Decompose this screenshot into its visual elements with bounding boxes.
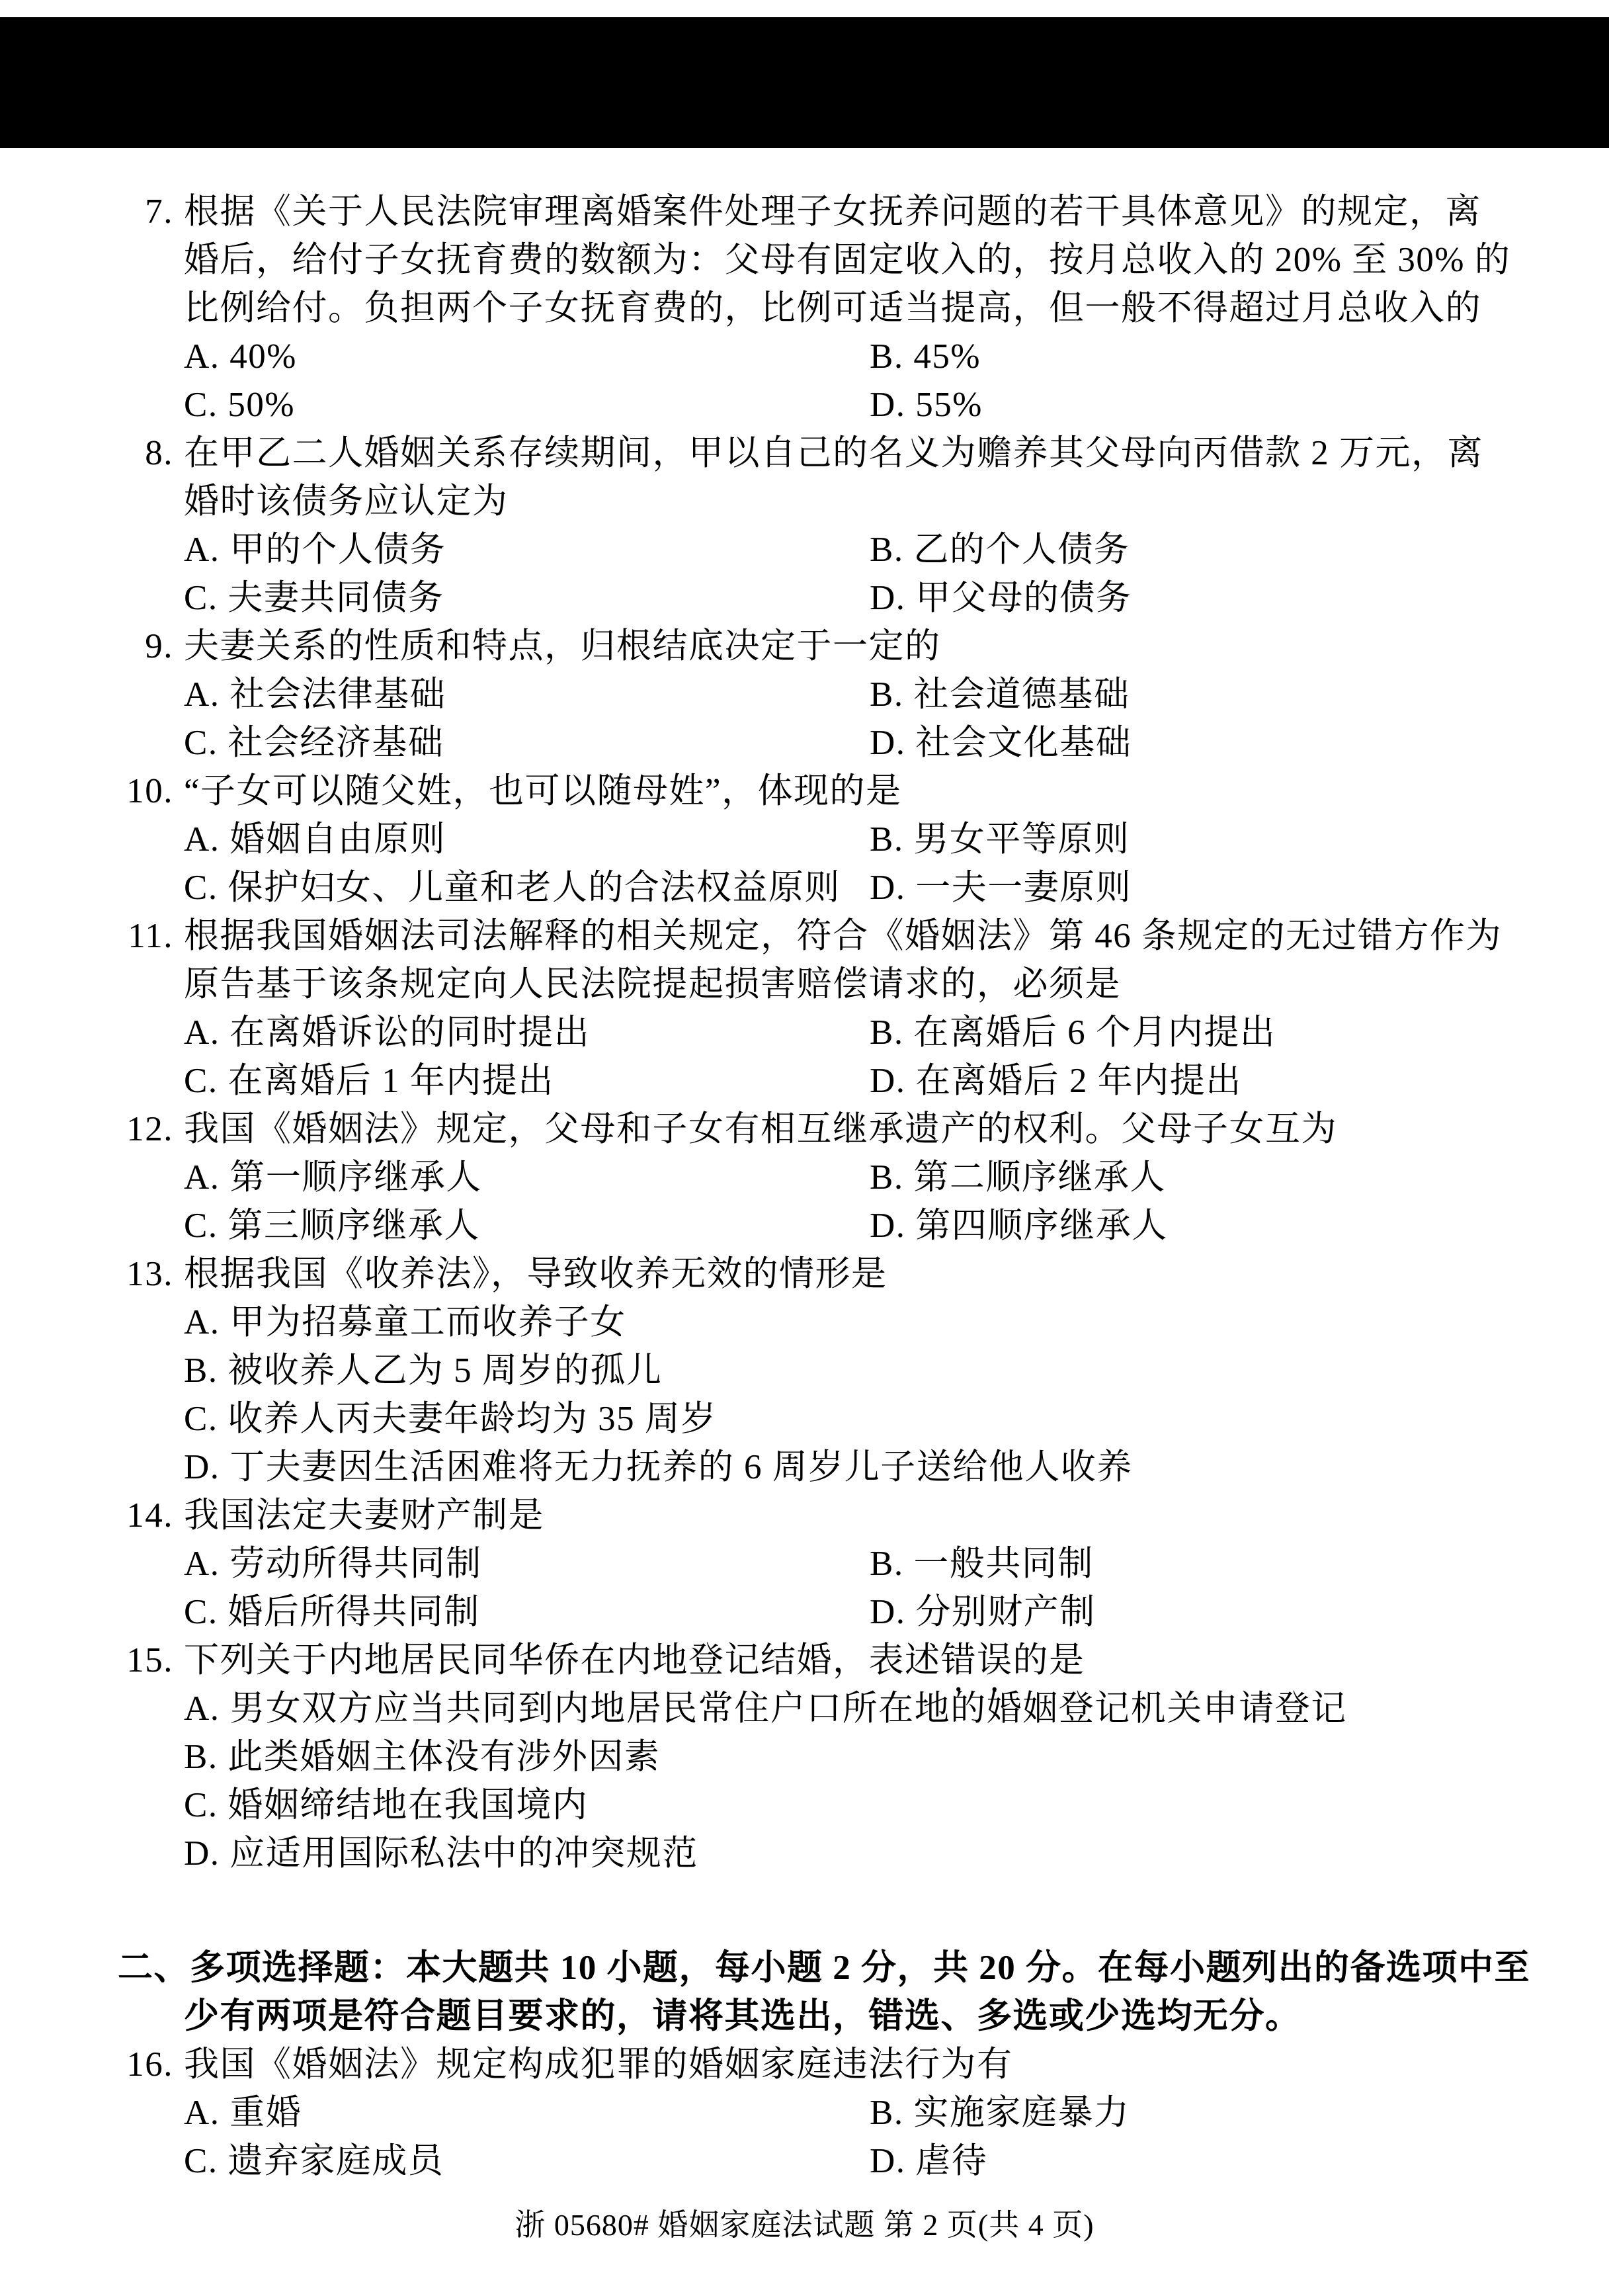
text-row: 7.根据《关于人民法院审理离婚案件处理子女抚养问题的若干具体意见》的规定，离 [0,188,1609,236]
option-a: A. 社会法律基础 [184,671,446,719]
option-c: C. 遗弃家庭成员 [184,2137,444,2186]
question-stem-line: 比例给付。负担两个子女抚育费的，比例可适当提高，但一般不得超过月总收入的 [184,284,1481,333]
section-header-line: 二、多项选择题：本大题共 10 小题，每小题 2 分，共 20 分。在每小题列出… [118,1944,1530,1992]
option-a: A. 在离婚诉讼的同时提出 [184,1009,590,1057]
question-number: 12. [99,1105,173,1154]
stem-text-part: 下列关于内地居民同华侨在内地登记结婚，表述 [184,1641,941,1679]
option-b: B. 在离婚后 6 个月内提出 [870,1009,1276,1057]
text-row: A. 劳动所得共同制B. 一般共同制 [0,1540,1609,1588]
section-header-line: 少有两项是符合题目要求的，请将其选出，错选、多选或少选均无分。 [184,1992,1301,2041]
option-b: B. 社会道德基础 [870,671,1130,719]
option-d: D. 虐待 [870,2137,987,2186]
question-number: 11. [99,912,173,960]
option-b: B. 45% [870,333,981,381]
question-stem-line: 婚时该债务应认定为 [184,478,509,526]
option-b: B. 乙的个人债务 [870,526,1130,574]
question-number: 10. [99,767,173,816]
text-row: 14.我国法定夫妻财产制是 [0,1492,1609,1540]
text-row: A. 第一顺序继承人B. 第二顺序继承人 [0,1154,1609,1202]
text-row: B. 此类婚姻主体没有涉外因素 [0,1733,1609,1781]
text-row: A. 在离婚诉讼的同时提出B. 在离婚后 6 个月内提出 [0,1009,1609,1057]
option-d: D. 应适用国际私法中的冲突规范 [184,1830,698,1878]
option-a: A. 重婚 [184,2089,302,2137]
page-footer: 浙 05680# 婚姻家庭法试题 第 2 页(共 4 页) [0,2201,1609,2249]
top-black-banner [0,17,1609,148]
text-row: C. 在离婚后 1 年内提出D. 在离婚后 2 年内提出 [0,1057,1609,1105]
question-stem-line: 原告基于该条规定向人民法院提起损害赔偿请求的，必须是 [184,960,1121,1009]
option-c: C. 婚姻缔结地在我国境内 [184,1781,588,1830]
text-row: C. 50%D. 55% [0,381,1609,429]
option-b: B. 男女平等原则 [870,816,1130,864]
option-d: D. 在离婚后 2 年内提出 [870,1057,1242,1105]
text-row: 11.根据我国婚姻法司法解释的相关规定，符合《婚姻法》第 46 条规定的无过错方… [0,912,1609,960]
question-stem-line: 根据我国婚姻法司法解释的相关规定，符合《婚姻法》第 46 条规定的无过错方作为 [184,912,1502,960]
option-b: B. 实施家庭暴力 [870,2089,1130,2137]
text-row: 8.在甲乙二人婚姻关系存续期间，甲以自己的名义为赡养其父母向丙借款 2 万元，离 [0,429,1609,478]
text-row: 婚时该债务应认定为 [0,478,1609,526]
text-row: 原告基于该条规定向人民法院提起损害赔偿请求的，必须是 [0,960,1609,1009]
text-row: A. 婚姻自由原则B. 男女平等原则 [0,816,1609,864]
text-row: C. 婚后所得共同制D. 分别财产制 [0,1588,1609,1637]
question-stem-line: 我国《婚姻法》规定，父母和子女有相互继承遗产的权利。父母子女互为 [184,1105,1337,1154]
option-d: D. 丁夫妻因生活困难将无力抚养的 6 周岁儿子送给他人收养 [184,1443,1133,1492]
option-b: B. 一般共同制 [870,1540,1094,1588]
text-row: 12.我国《婚姻法》规定，父母和子女有相互继承遗产的权利。父母子女互为 [0,1105,1609,1154]
option-a: A. 男女双方应当共同到内地居民常住户口所在地的婚姻登记机关申请登记 [184,1685,1347,1733]
option-d: D. 55% [870,381,983,429]
text-row: C. 社会经济基础D. 社会文化基础 [0,719,1609,767]
text-row: 婚后，给付子女抚育费的数额为：父母有固定收入的，按月总收入的 20% 至 30%… [0,236,1609,284]
text-row: A. 重婚B. 实施家庭暴力 [0,2089,1609,2137]
stem-text-part: 的是 [1013,1641,1085,1679]
text-row: A. 社会法律基础B. 社会道德基础 [0,671,1609,719]
option-c: C. 收养人丙夫妻年龄均为 35 周岁 [184,1395,717,1443]
option-c: C. 在离婚后 1 年内提出 [184,1057,554,1105]
question-stem-line: 婚后，给付子女抚育费的数额为：父母有固定收入的，按月总收入的 20% 至 30%… [184,236,1510,284]
option-a: A. 婚姻自由原则 [184,816,446,864]
text-row: A. 40%B. 45% [0,333,1609,381]
question-number: 15. [99,1637,173,1685]
text-row: 16.我国《婚姻法》规定构成犯罪的婚姻家庭违法行为有 [0,2041,1609,2089]
text-row: C. 婚姻缔结地在我国境内 [0,1781,1609,1830]
question-stem-line: 根据我国《收养法》，导致收养无效的情形是 [184,1250,887,1298]
text-row: C. 遗弃家庭成员D. 虐待 [0,2137,1609,2186]
option-b: B. 此类婚姻主体没有涉外因素 [184,1733,660,1781]
option-c: C. 夫妻共同债务 [184,574,444,622]
question-stem-line: 在甲乙二人婚姻关系存续期间，甲以自己的名义为赡养其父母向丙借款 2 万元，离 [184,429,1483,478]
option-b: B. 第二顺序继承人 [870,1154,1166,1202]
question-number: 7. [99,188,173,236]
text-row: A. 男女双方应当共同到内地居民常住户口所在地的婚姻登记机关申请登记 [0,1685,1609,1733]
exam-page: 7.根据《关于人民法院审理离婚案件处理子女抚养问题的若干具体意见》的规定，离婚后… [0,0,1609,2296]
stem-emphasized-text: 错误 [941,1641,1013,1679]
text-row: C. 收养人丙夫妻年龄均为 35 周岁 [0,1395,1609,1443]
option-a: A. 甲的个人债务 [184,526,446,574]
text-row: 10.“子女可以随父姓，也可以随母姓”，体现的是 [0,767,1609,816]
question-stem-line: 我国《婚姻法》规定构成犯罪的婚姻家庭违法行为有 [184,2041,1013,2089]
option-a: A. 劳动所得共同制 [184,1540,482,1588]
question-number: 9. [99,622,173,671]
option-a: A. 甲为招募童工而收养子女 [184,1298,626,1347]
option-c: C. 社会经济基础 [184,719,444,767]
option-c: C. 第三顺序继承人 [184,1202,480,1250]
text-row: 比例给付。负担两个子女抚育费的，比例可适当提高，但一般不得超过月总收入的 [0,284,1609,333]
option-b: B. 被收养人乙为 5 周岁的孤儿 [184,1347,662,1395]
text-row: 9.夫妻关系的性质和特点，归根结底决定于一定的 [0,622,1609,671]
option-d: D. 社会文化基础 [870,719,1132,767]
option-c: C. 50% [184,381,295,429]
text-row: 15.下列关于内地居民同华侨在内地登记结婚，表述错误的是 [0,1637,1609,1685]
option-d: D. 第四顺序继承人 [870,1202,1168,1250]
option-d: D. 一夫一妻原则 [870,864,1132,912]
question-stem-line: “子女可以随父姓，也可以随母姓”，体现的是 [184,767,902,816]
text-row: A. 甲的个人债务B. 乙的个人债务 [0,526,1609,574]
option-a: A. 第一顺序继承人 [184,1154,482,1202]
text-row: C. 第三顺序继承人D. 第四顺序继承人 [0,1202,1609,1250]
question-stem-line: 夫妻关系的性质和特点，归根结底决定于一定的 [184,622,941,671]
text-row: 二、多项选择题：本大题共 10 小题，每小题 2 分，共 20 分。在每小题列出… [0,1944,1609,1992]
question-stem-line: 根据《关于人民法院审理离婚案件处理子女抚养问题的若干具体意见》的规定，离 [184,188,1481,236]
question-stem-line: 我国法定夫妻财产制是 [184,1492,544,1540]
option-c: C. 婚后所得共同制 [184,1588,480,1637]
question-stem-line: 下列关于内地居民同华侨在内地登记结婚，表述错误的是 [184,1637,1085,1685]
text-row: B. 被收养人乙为 5 周岁的孤儿 [0,1347,1609,1395]
text-row: 13.根据我国《收养法》，导致收养无效的情形是 [0,1250,1609,1298]
question-number: 8. [99,429,173,478]
text-row: 少有两项是符合题目要求的，请将其选出，错选、多选或少选均无分。 [0,1992,1609,2041]
text-row: A. 甲为招募童工而收养子女 [0,1298,1609,1347]
option-c: C. 保护妇女、儿童和老人的合法权益原则 [184,864,841,912]
question-number: 14. [99,1492,173,1540]
text-row: C. 保护妇女、儿童和老人的合法权益原则D. 一夫一妻原则 [0,864,1609,912]
text-row: C. 夫妻共同债务D. 甲父母的债务 [0,574,1609,622]
option-a: A. 40% [184,333,297,381]
option-d: D. 分别财产制 [870,1588,1096,1637]
text-row: D. 应适用国际私法中的冲突规范 [0,1830,1609,1878]
text-row: D. 丁夫妻因生活困难将无力抚养的 6 周岁儿子送给他人收养 [0,1443,1609,1492]
question-number: 16. [99,2041,173,2089]
question-number: 13. [99,1250,173,1298]
option-d: D. 甲父母的债务 [870,574,1132,622]
